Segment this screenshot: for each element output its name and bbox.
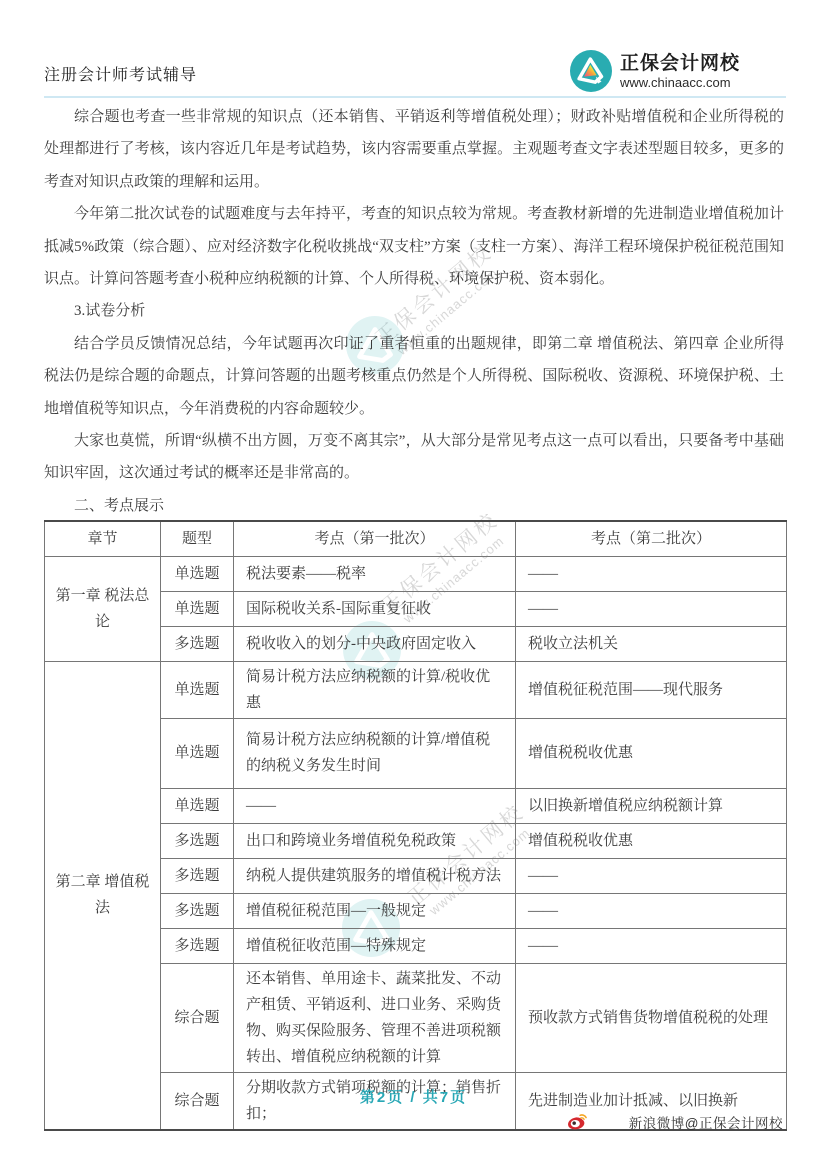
qtype-cell: 多选题 <box>161 823 234 858</box>
weibo-icon <box>567 1111 588 1131</box>
qtype-cell: 综合题 <box>161 963 234 1072</box>
weibo-footer: 新浪微博@正保会计网校 <box>0 1110 827 1134</box>
qtype-cell: 多选题 <box>161 626 234 661</box>
qtype-cell: 多选题 <box>161 893 234 928</box>
batch2-cell: —— <box>516 591 787 626</box>
document-body: 综合题也考查一些非常规的知识点（还本销售、平销返利等增值税处理）；财政补贴增值税… <box>44 101 784 522</box>
qtype-cell: 单选题 <box>161 718 234 788</box>
batch2-cell: —— <box>516 893 787 928</box>
brand-block: 正保会计网校 www.chinaacc.com <box>570 50 740 92</box>
chapter-cell: 第一章 税法总论 <box>45 556 161 661</box>
qtype-cell: 单选题 <box>161 591 234 626</box>
batch2-cell: 税收立法机关 <box>516 626 787 661</box>
batch1-cell: 税法要素——税率 <box>234 556 516 591</box>
column-header-batch1: 考点（第一批次） <box>234 521 516 556</box>
brand-url: www.chinaacc.com <box>620 75 740 90</box>
page-number: 第2页 / 共7页 <box>0 1086 827 1107</box>
batch2-cell: —— <box>516 858 787 893</box>
column-header-chapter: 章节 <box>45 521 161 556</box>
brand-name: 正保会计网校 <box>620 53 740 75</box>
batch2-cell: 增值税税收优惠 <box>516 718 787 788</box>
batch2-cell: 增值税征税范围——现代服务 <box>516 661 787 718</box>
page-header: 注册会计师考试辅导 正保会计网校 www.chinaacc. <box>44 0 786 98</box>
batch1-cell: 出口和跨境业务增值税免税政策 <box>234 823 516 858</box>
column-header-batch2: 考点（第二批次） <box>516 521 787 556</box>
batch2-cell: —— <box>516 928 787 963</box>
table-row: 第二章 增值税法 单选题 简易计税方法应纳税额的计算/税收优惠 增值税征税范围—… <box>45 661 787 718</box>
paragraph: 大家也莫慌，所谓“纵横不出方圆，万变不离其宗”，从大部分是常见考点这一点可以看出… <box>44 425 784 490</box>
batch2-cell: —— <box>516 556 787 591</box>
batch1-cell: 简易计税方法应纳税额的计算/增值税的纳税义务发生时间 <box>234 718 516 788</box>
exam-points-table: 章节 题型 考点（第一批次） 考点（第二批次） 第一章 税法总论 单选题 税法要… <box>44 520 787 1131</box>
section-heading: 二、考点展示 <box>44 490 784 522</box>
paragraph: 今年第二批次试卷的试题难度与去年持平，考查的知识点较为常规。考查教材新增的先进制… <box>44 198 784 295</box>
batch2-cell: 以旧换新增值税应纳税额计算 <box>516 788 787 823</box>
paragraph: 结合学员反馈情况总结，今年试题再次印证了重者恒重的出题规律，即第二章 增值税法、… <box>44 328 784 425</box>
batch2-cell: 增值税税收优惠 <box>516 823 787 858</box>
qtype-cell: 单选题 <box>161 788 234 823</box>
batch1-cell: 纳税人提供建筑服务的增值税计税方法 <box>234 858 516 893</box>
batch1-cell: 国际税收关系-国际重复征收 <box>234 591 516 626</box>
section-heading: 3.试卷分析 <box>44 295 784 327</box>
document-page: 正保会计网校 www.chinaacc.com 正保会计网校 www.china… <box>0 0 827 1170</box>
batch1-cell: 税收收入的划分-中央政府固定收入 <box>234 626 516 661</box>
qtype-cell: 单选题 <box>161 661 234 718</box>
brand-names: 正保会计网校 www.chinaacc.com <box>620 53 740 90</box>
chinaacc-logo-icon <box>570 50 612 92</box>
column-header-qtype: 题型 <box>161 521 234 556</box>
chapter-cell: 第二章 增值税法 <box>45 661 161 1130</box>
batch1-cell: 简易计税方法应纳税额的计算/税收优惠 <box>234 661 516 718</box>
weibo-account-text: 新浪微博@正保会计网校 <box>629 1112 783 1132</box>
table-header-row: 章节 题型 考点（第一批次） 考点（第二批次） <box>45 521 787 556</box>
batch1-cell: 增值税征税范围—一般规定 <box>234 893 516 928</box>
batch1-cell: 还本销售、单用途卡、蔬菜批发、不动产租赁、平销返利、进口业务、采购货物、购买保险… <box>234 963 516 1072</box>
paragraph: 综合题也考查一些非常规的知识点（还本销售、平销返利等增值税处理）；财政补贴增值税… <box>44 101 784 198</box>
batch1-cell: —— <box>234 788 516 823</box>
table-row: 第一章 税法总论 单选题 税法要素——税率 —— <box>45 556 787 591</box>
batch2-cell: 预收款方式销售货物增值税税的处理 <box>516 963 787 1072</box>
qtype-cell: 多选题 <box>161 858 234 893</box>
batch1-cell: 增值税征收范围—特殊规定 <box>234 928 516 963</box>
header-divider <box>44 96 786 98</box>
qtype-cell: 单选题 <box>161 556 234 591</box>
qtype-cell: 多选题 <box>161 928 234 963</box>
document-title: 注册会计师考试辅导 <box>44 62 197 85</box>
